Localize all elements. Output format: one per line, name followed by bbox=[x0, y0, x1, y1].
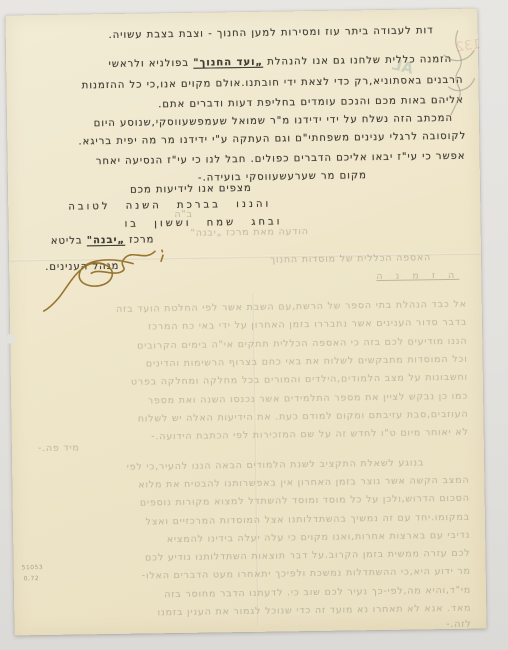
letter-line-7: אפשר כי עי"ז יבאו אליכם הדברים כפולים. ח… bbox=[96, 151, 466, 167]
letter-line-5: המכתב הזה נשלח על ידי ידידנו מ"ר שמואל ש… bbox=[94, 113, 453, 129]
pencil-number: 51053 bbox=[22, 564, 44, 571]
letter-line-new-year-blessing: והננו בברכת השנה לטובה bbox=[68, 199, 271, 213]
letter-line-6: לקוסובה לרגלי ענינים משפחתי"ם וגם העתקה … bbox=[78, 131, 466, 148]
signature bbox=[37, 241, 170, 317]
pencil-number-secondary: 0,72 bbox=[24, 575, 39, 582]
letter-line-4: אליהם באות מכם והנכם עומדים בחליפת דעות … bbox=[158, 95, 464, 111]
line2-text-end: בפולניא ולראשי bbox=[109, 58, 194, 70]
letter-line-1: דות לעבודה ביתר עוז ומסירות למען החנוך -… bbox=[108, 25, 433, 41]
letter-line-3: הרבנים באסתוניא,רק כדי לצאת ידי חובתנו.א… bbox=[82, 75, 464, 92]
letter-text-layer: דות לעבודה ביתר עוז ומסירות למען החנוך -… bbox=[5, 9, 486, 636]
letter-line-holiday-blessing: ובחג שמח וששון בו bbox=[124, 216, 282, 229]
letter-line-8: מקום מר שערעשעווסקי בועידה.- bbox=[198, 170, 367, 184]
scan-background: הודעה מאת מרכז „יבנה"ב"ההאספה הכללית של … bbox=[0, 0, 508, 650]
letter-line-awaiting-news: מצפים אנו לידיעות מכם bbox=[130, 183, 252, 196]
vaad-hachinuch-emphasis: „ועד החנוך" bbox=[193, 57, 263, 69]
letter-paper: הודעה מאת מרכז „יבנה"ב"ההאספה הכללית של … bbox=[5, 9, 486, 636]
